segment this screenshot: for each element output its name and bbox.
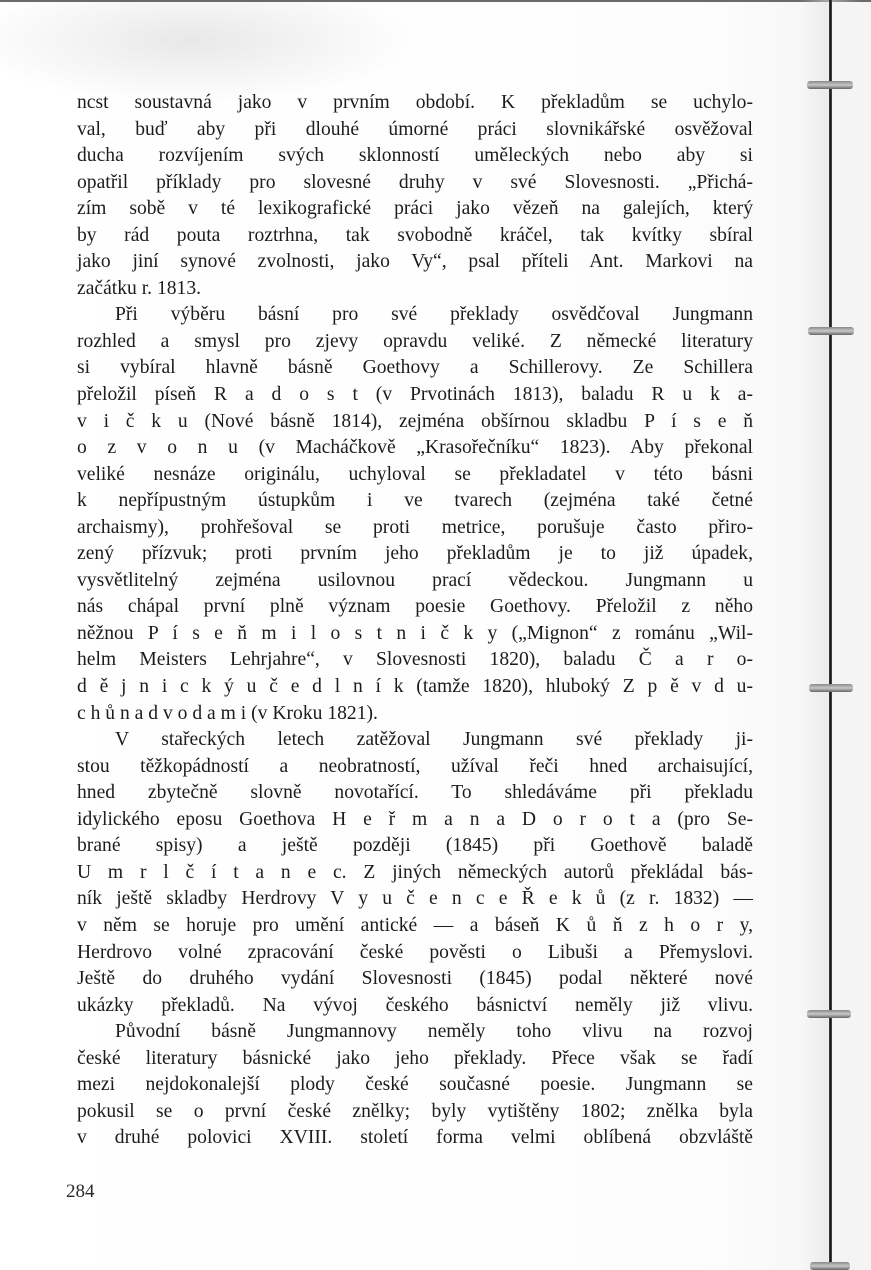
page-top-edge [0,0,871,2]
text-line: ducha rozvíjením svých sklonností umělec… [77,143,753,170]
text-line: stou těžkopádností a neobratností, užíva… [77,754,753,781]
text-line: české literatury básnické jako jeho přek… [77,1046,753,1073]
text-line: rozhled a smysl pro zjevy opravdu veliké… [77,329,753,356]
text-line: c h ů n a d v o d a m i (v Kroku 1821). [77,701,753,728]
paragraph-start-line: V stařeckých letech zatěžoval Jungmann s… [77,727,753,754]
text-line: brané spisy) a ještě později (1845) při … [77,833,753,860]
scanned-book-page: ncst soustavná jako v prvním období. K p… [0,0,871,1270]
page-number: 284 [66,1181,95,1203]
binding-spine [829,0,832,1270]
text-line: idylického eposu Goethova H e ř m a n a … [77,807,753,834]
text-line: si vybíral hlavně básně Goethovy a Schil… [77,355,753,382]
text-line: d ě j n i c k ý u č e d l n í k (tamže 1… [77,674,753,701]
text-line: ukázky překladů. Na vývoj českého básnic… [77,993,753,1020]
text-line: hned zbytečně slovně novotařící. To shle… [77,780,753,807]
text-line: v i č k u (Nové básně 1814), zejména obš… [77,409,753,436]
text-line: pokusil se o první české znělky; byly vy… [77,1099,753,1126]
text-line: archaismy), prohřešoval se proti metrice… [77,515,753,542]
binding-stitch [807,1010,851,1018]
text-line: Ještě do druhého vydání Slovesnosti (184… [77,966,753,993]
text-line: U m r l č í t a n e c. Z jiných německýc… [77,860,753,887]
text-line: zený přízvuk; proti prvním jeho překladů… [77,541,753,568]
text-line: o z v o n u (v Macháčkově „Krasořečníku“… [77,435,753,462]
text-line: ník ještě skladby Herdrovy V y u č e n c… [77,886,753,913]
text-line: k nepřípustným ústupkům i ve tvarech (ze… [77,488,753,515]
text-line: přeložil píseň R a d o s t (v Prvotinách… [77,382,753,409]
text-line: val, buď aby při dlouhé úmorné práci slo… [77,117,753,144]
text-line: opatřil příklady pro slovesné druhy v sv… [77,170,753,197]
text-line: v něm se horuje pro umění antické — a bá… [77,913,753,940]
binding-stitch [808,327,854,335]
text-line: by rád pouta roztrhna, tak svobodně kráč… [77,223,753,250]
paragraph-start-line: Původní básně Jungmannovy neměly toho vl… [77,1019,753,1046]
text-line: zím sobě v té lexikografické práci jako … [77,196,753,223]
text-line: jako jiní synové zvolnosti, jako Vy“, ps… [77,249,753,276]
text-line: ncst soustavná jako v prvním období. K p… [77,90,753,117]
text-line: vysvětlitelný zejména usilovnou prací vě… [77,568,753,595]
binding-stitch [809,684,853,692]
text-line: mezi nejdokonalejší plody české současné… [77,1072,753,1099]
text-line: veliké nesnáze originálu, uchyloval se p… [77,462,753,489]
binding-stitch [810,1262,850,1270]
text-line: nás chápal první plně význam poesie Goet… [77,594,753,621]
text-line: něžnou P í s e ň m i l o s t n i č k y (… [77,621,753,648]
binding-stitch [807,81,853,89]
paragraph-start-line: Při výběru básní pro své překlady osvědč… [77,302,753,329]
text-line: helm Meisters Lehrjahre“, v Slovesnosti … [77,647,753,674]
text-line: začátku r. 1813. [77,276,753,303]
text-line: v druhé polovici XVIII. století forma ve… [77,1125,753,1152]
body-text: ncst soustavná jako v prvním období. K p… [77,90,753,1152]
text-line: Herdrovo volné zpracování české pověsti … [77,940,753,967]
